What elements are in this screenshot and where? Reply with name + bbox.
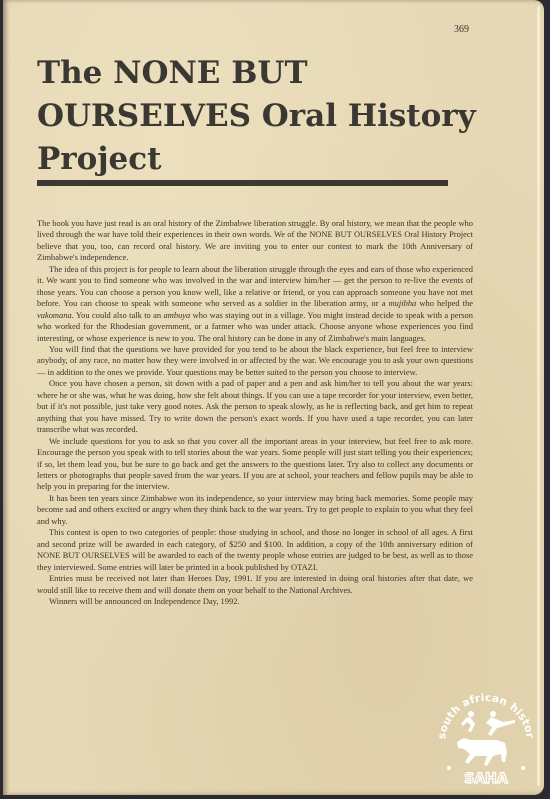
svg-text:SAHA: SAHA bbox=[464, 771, 508, 787]
page-edge bbox=[537, 6, 540, 786]
italic-term: mujibha bbox=[389, 298, 417, 308]
svg-text:south african history archive: south african history archive bbox=[431, 680, 536, 740]
book-page: 369 The NONE BUT OURSELVES Oral History … bbox=[3, 0, 544, 795]
italic-term: ambuya bbox=[164, 310, 191, 320]
paragraph: It has been ten years since Zimbabwe won… bbox=[37, 493, 473, 527]
paragraph: You will find that the questions we have… bbox=[37, 344, 473, 378]
paragraph: This contest is open to two categories o… bbox=[37, 527, 473, 573]
text-run: who helped the bbox=[416, 298, 473, 308]
italic-term: vakomana bbox=[37, 310, 72, 320]
saha-archive-stamp: south african history archive SAHA bbox=[431, 680, 541, 790]
title-rule bbox=[37, 180, 448, 186]
article-body: The book you have just read is an oral h… bbox=[37, 218, 473, 607]
page-number: 369 bbox=[454, 24, 469, 35]
text-run: . You could also talk to an bbox=[72, 310, 164, 320]
paragraph: Winners will be announced on Independenc… bbox=[37, 596, 473, 607]
page-title: The NONE BUT OURSELVES Oral History Proj… bbox=[37, 52, 477, 181]
paragraph: The idea of this project is for people t… bbox=[37, 264, 473, 344]
paragraph: Entries must be received not later than … bbox=[37, 573, 473, 596]
paragraph: Once you have chosen a person, sit down … bbox=[37, 378, 473, 435]
paragraph: The book you have just read is an oral h… bbox=[37, 218, 473, 264]
paragraph: We include questions for you to ask so t… bbox=[37, 436, 473, 493]
saha-logo-icon: south african history archive SAHA bbox=[431, 680, 541, 790]
